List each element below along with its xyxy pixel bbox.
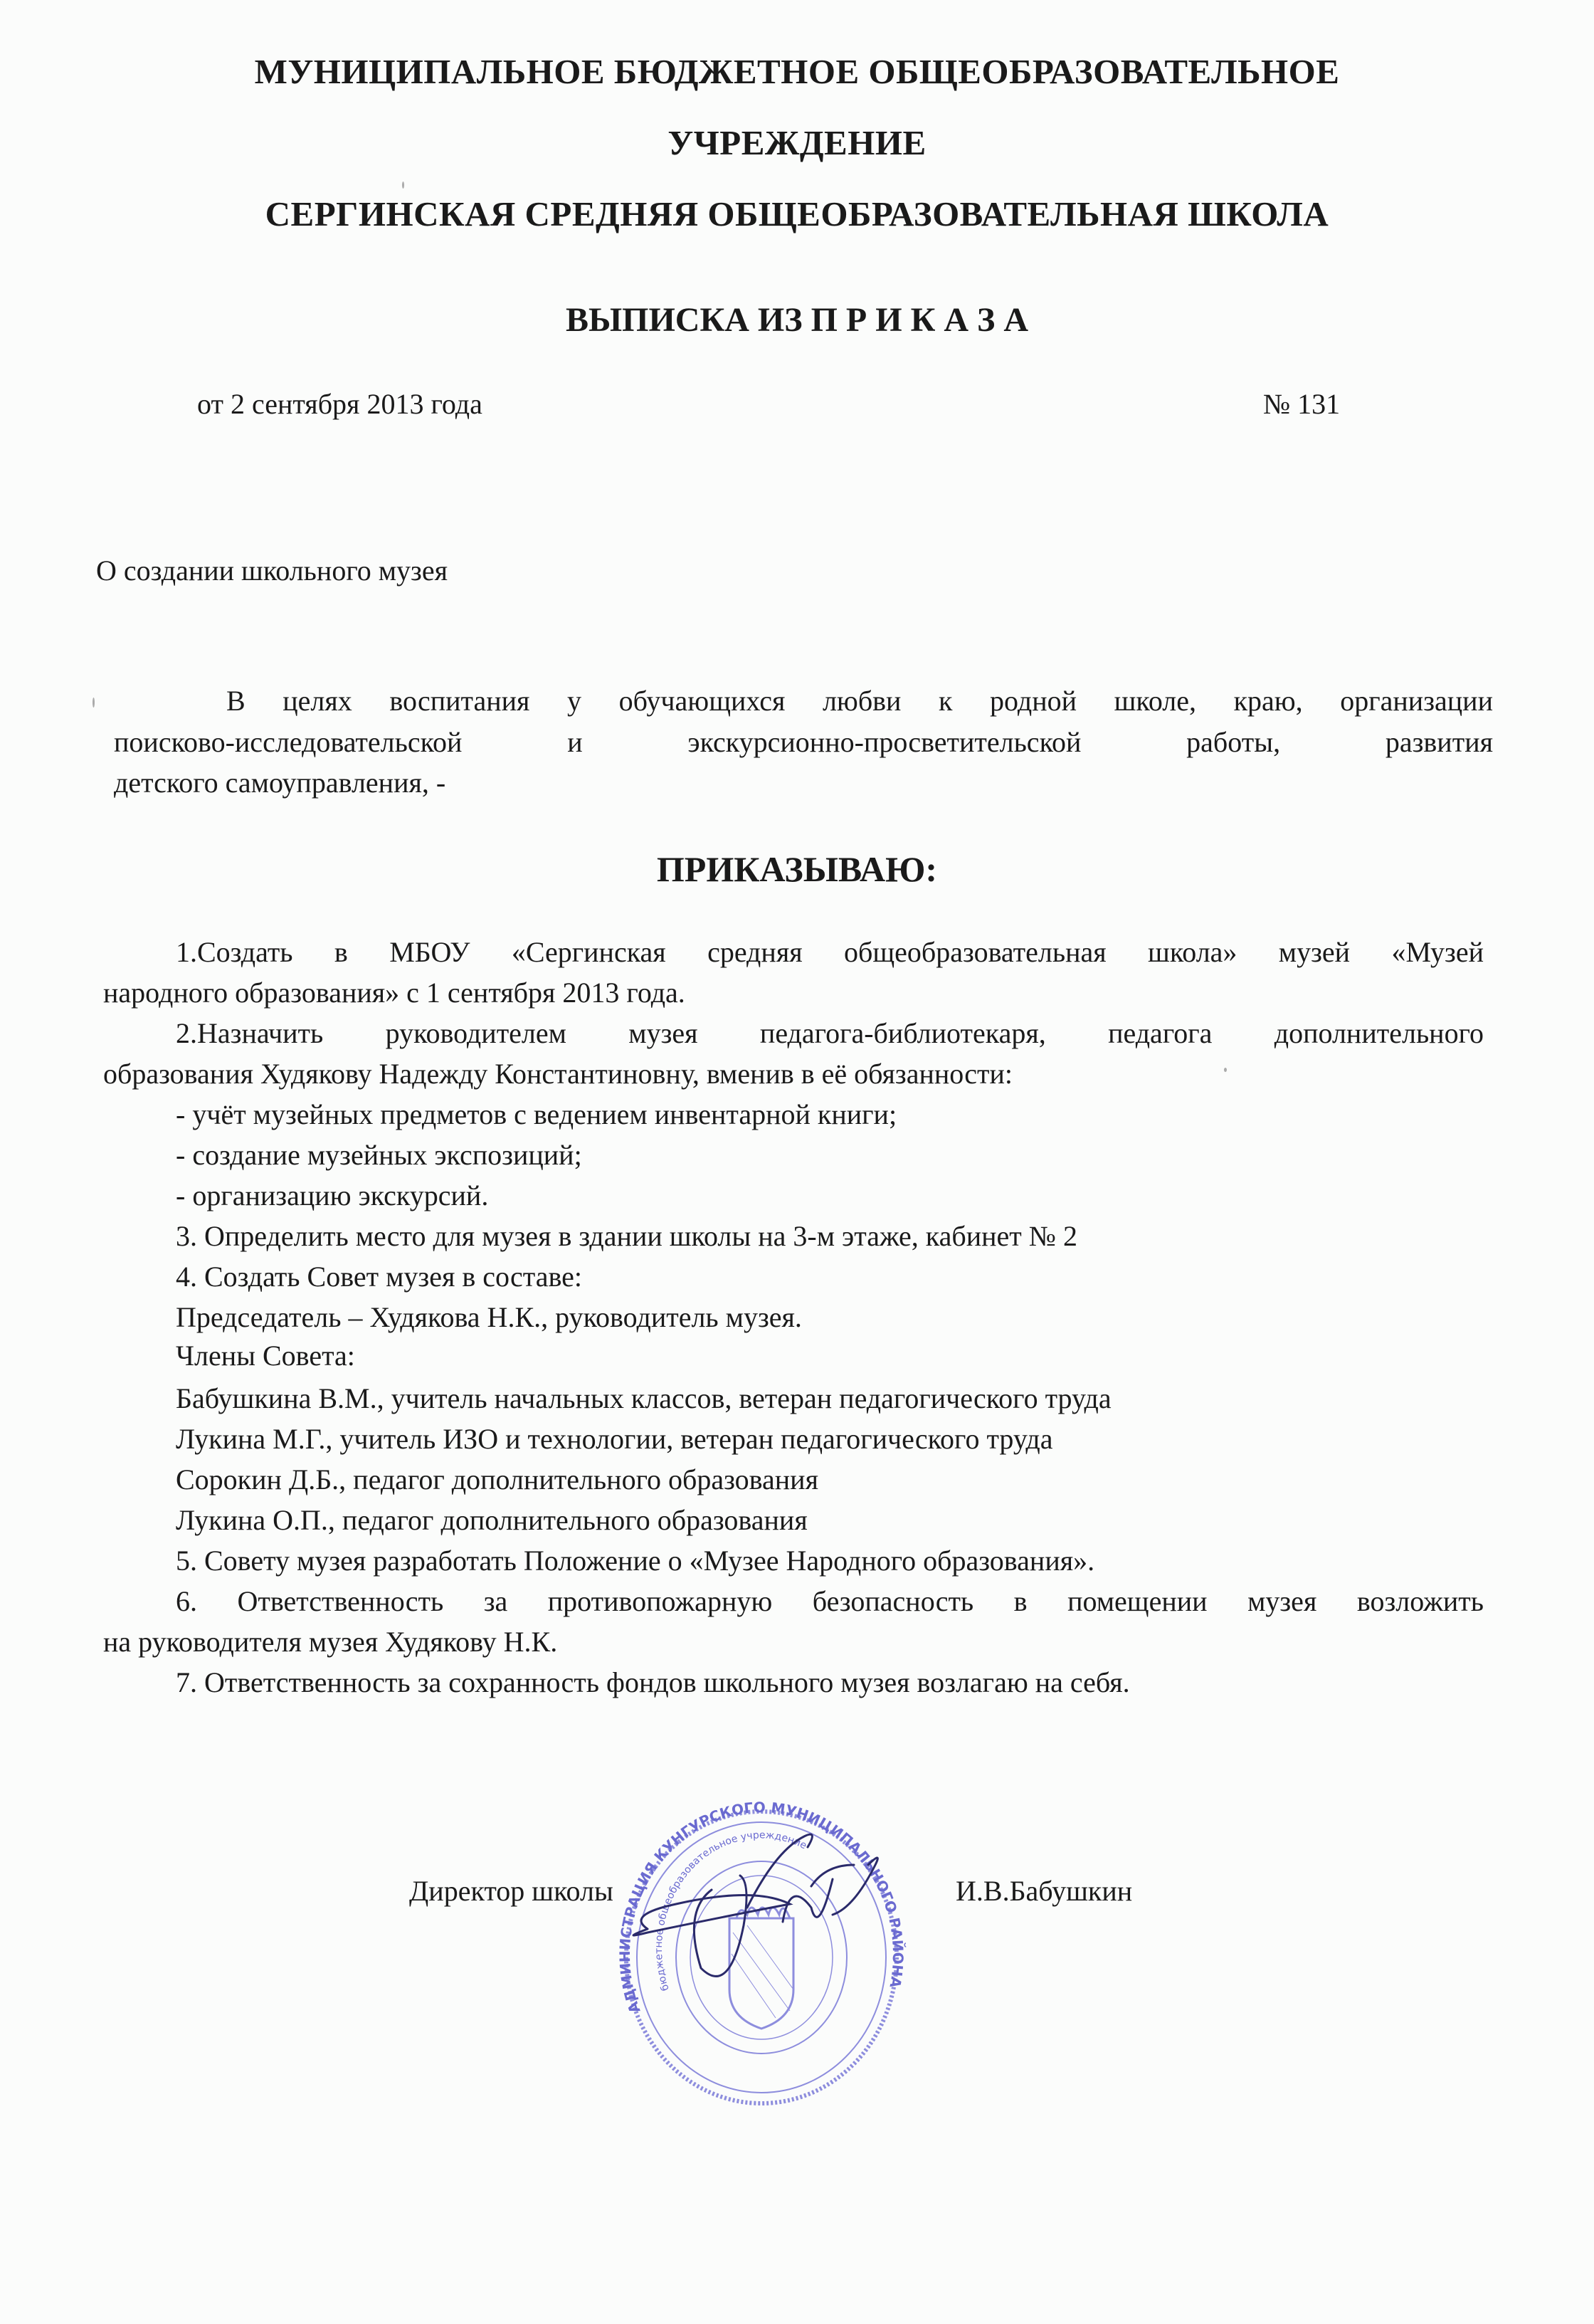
- council-member-4: Лукина О.П., педагог дополнительного обр…: [176, 1506, 808, 1535]
- scan-artifact: [93, 698, 95, 708]
- council-members-label: Члены Совета:: [176, 1342, 355, 1370]
- preamble-line3: детского самоуправления, -: [114, 769, 445, 797]
- order-heading: ПРИКАЗЫВАЮ:: [0, 848, 1594, 890]
- council-chair: Председатель – Худякова Н.К., руководите…: [176, 1303, 802, 1332]
- preamble-line1: В целях воспитания у обучающихся любви к…: [226, 687, 1493, 715]
- institution-header-line2: УЧРЕЖДЕНИЕ: [0, 122, 1594, 163]
- order-subject: О создании школьного музея: [96, 557, 448, 585]
- item-1-line1: 1.Создать в МБОУ «Сергинская средняя общ…: [176, 938, 1484, 967]
- item-3: 3. Определить место для музея в здании ш…: [176, 1222, 1077, 1251]
- item-1-line2: народного образования» с 1 сентября 2013…: [103, 979, 685, 1007]
- preamble-line2: поисково-исследовательской и экскурсионн…: [114, 728, 1493, 757]
- institution-header-line1: МУНИЦИПАЛЬНОЕ БЮДЖЕТНОЕ ОБЩЕОБРАЗОВАТЕЛЬ…: [0, 51, 1594, 92]
- scan-artifact: [1224, 1068, 1227, 1072]
- item-5: 5. Совету музея разработать Положение о …: [176, 1547, 1094, 1575]
- item-6-line2: на руководителя музея Худякову Н.К.: [103, 1628, 557, 1656]
- order-number: № 131: [1263, 390, 1340, 419]
- item-4: 4. Создать Совет музея в составе:: [176, 1263, 582, 1291]
- signatory-name: И.В.Бабушкин: [956, 1877, 1132, 1905]
- duty-inventory: - учёт музейных предметов с ведением инв…: [176, 1100, 897, 1129]
- council-member-1: Бабушкина В.М., учитель начальных классо…: [176, 1384, 1112, 1413]
- duty-excursions: - организацию экскурсий.: [176, 1182, 488, 1210]
- item-7: 7. Ответственность за сохранность фондов…: [176, 1668, 1130, 1697]
- council-member-2: Лукина М.Г., учитель ИЗО и технологии, в…: [176, 1425, 1052, 1453]
- item-2-line1: 2.Назначить руководителем музея педагога…: [176, 1019, 1484, 1048]
- item-6-line1: 6. Ответственность за противопожарную бе…: [176, 1587, 1484, 1616]
- institution-header-line3: СЕРГИНСКАЯ СРЕДНЯЯ ОБЩЕОБРАЗОВАТЕЛЬНАЯ Ш…: [0, 194, 1594, 234]
- signatory-position: Директор школы: [409, 1877, 613, 1905]
- signature-scribble-icon: [626, 1822, 925, 1979]
- duty-expositions: - создание музейных экспозиций;: [176, 1141, 582, 1169]
- document-title: ВЫПИСКА ИЗ П Р И К А З А: [0, 300, 1594, 340]
- order-date: от 2 сентября 2013 года: [197, 390, 482, 419]
- council-member-3: Сорокин Д.Б., педагог дополнительного об…: [176, 1466, 818, 1494]
- scan-artifact: [402, 182, 404, 189]
- item-2-line2: образования Худякову Надежду Константино…: [103, 1060, 1013, 1088]
